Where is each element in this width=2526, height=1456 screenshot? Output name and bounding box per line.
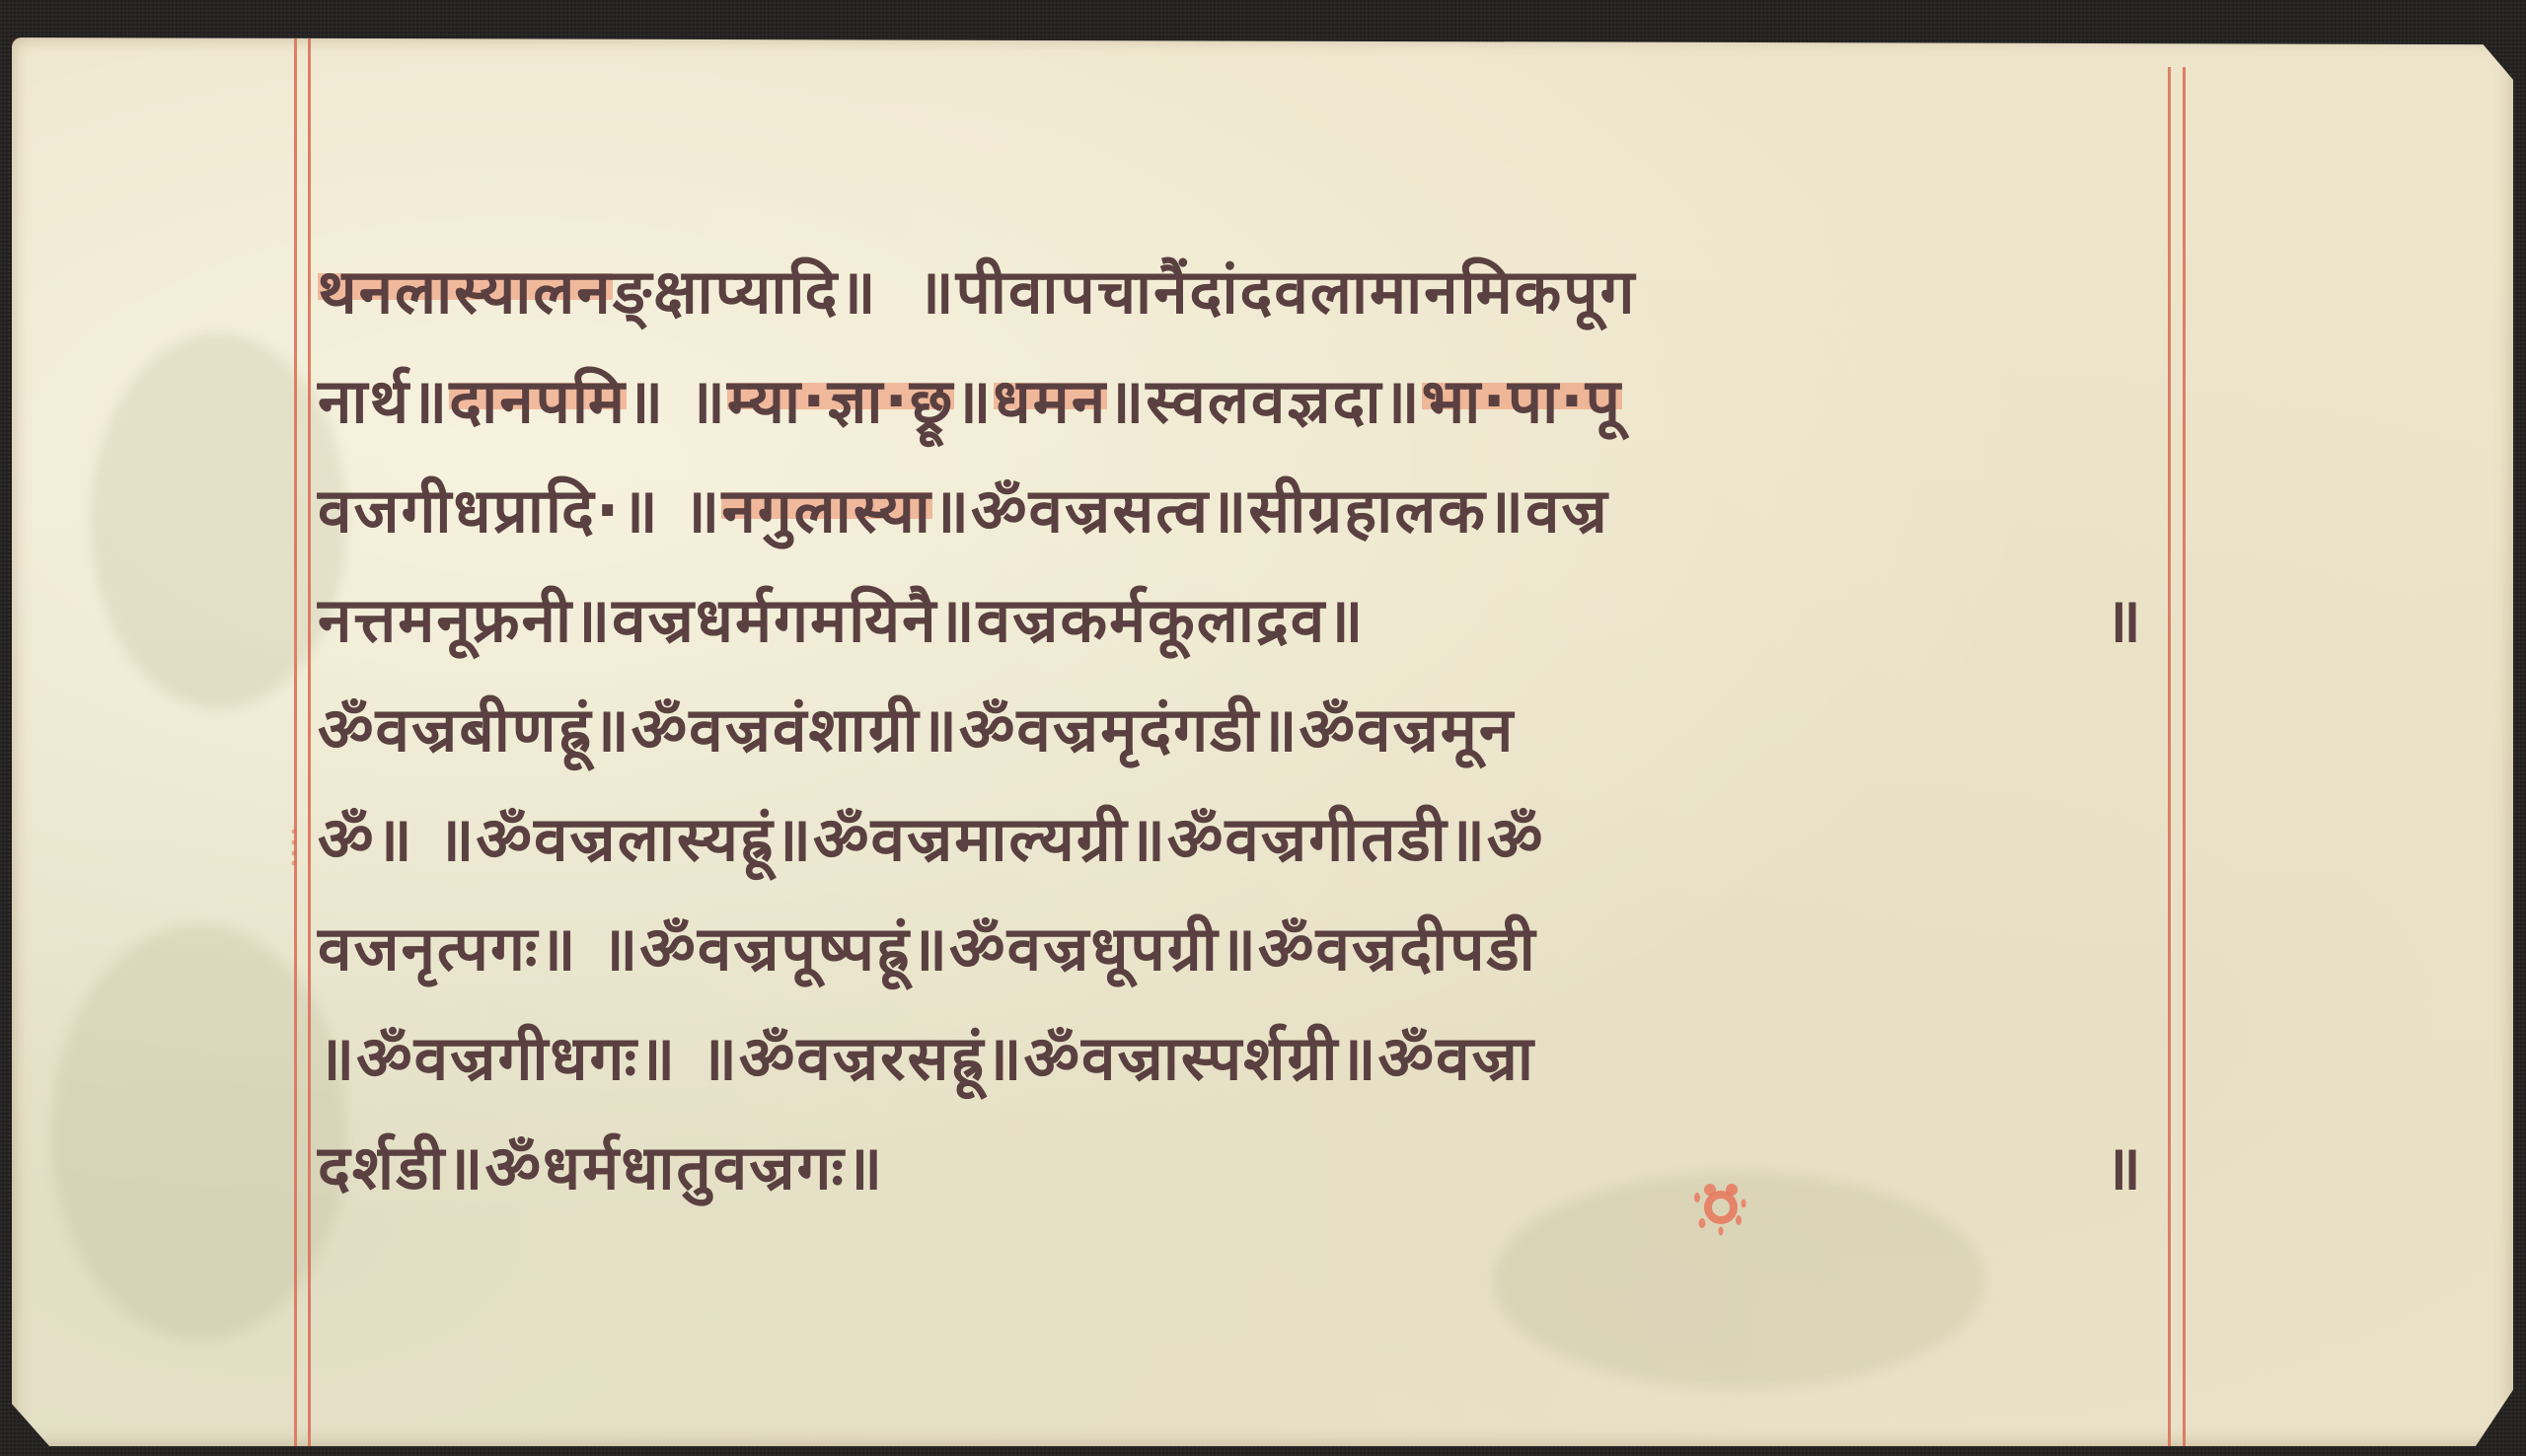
- rubricated-text: थनलास्यालन: [318, 249, 613, 331]
- right-margin-rule-outer: [2183, 67, 2186, 1446]
- paper-stain: [51, 925, 347, 1340]
- margin-dots-icon: [290, 827, 298, 866]
- text-line-9: दर्शडी॥ॐधर्मधातुवज्रगः॥ ॥: [318, 1111, 2173, 1220]
- text-line-2: नार्थ॥ दानपमि ॥ ॥ म्या·ज्ञा·छ्रू ॥ धमन ॥…: [318, 344, 2173, 454]
- text-line-6: ॐ॥ ॥ॐवज्रलास्यह्रूं॥ॐवज्रमाल्यग्री॥ॐवज्र…: [318, 782, 2173, 892]
- rubricated-text: नगुलास्या: [721, 468, 932, 550]
- text-segment: नत्तमनूफ्रनी॥वज्रधर्मगमयिनै॥वज्रकर्मकूला…: [318, 577, 1365, 660]
- text-segment: दर्शडी॥ॐधर्मधातुवज्रगः॥: [318, 1125, 884, 1207]
- rubricated-text: भा·पा·पू: [1422, 358, 1622, 441]
- text-line-8: ॥ॐवज्रगीधगः॥ ॥ॐवज्ररसह्रूं॥ॐवज्रास्पर्शग…: [318, 1001, 2173, 1111]
- text-segment: ॐ॥ ॥ॐवज्रलास्यह्रूं॥ॐवज्रमाल्यग्री॥ॐवज्र…: [318, 796, 1544, 879]
- manuscript-text: थनलास्यालन ङ्क्षाप्यादि॥ ॥पीवापचानैंदांद…: [318, 235, 2173, 1220]
- text-line-4: नत्तमनूफ्रनी॥वज्रधर्मगमयिनै॥वज्रकर्मकूला…: [318, 563, 2173, 673]
- text-segment: ॥ॐवज्रगीधगः॥ ॥ॐवज्ररसह्रूं॥ॐवज्रास्पर्शग…: [318, 1015, 1535, 1098]
- floral-ornament-icon: [1689, 1174, 1752, 1237]
- text-segment: वजनृत्पगः॥ ॥ॐवज्रपूष्पह्रूं॥ॐवज्रधूपग्री…: [318, 906, 1537, 988]
- text-line-1: थनलास्यालन ङ्क्षाप्यादि॥ ॥पीवापचानैंदांद…: [318, 235, 2173, 344]
- text-segment: ॐवज्रबीणह्रूं॥ॐवज्रवंशाग्री॥ॐवज्रमृदंगडी…: [318, 687, 1515, 769]
- text-segment: नार्थ॥: [318, 358, 449, 441]
- text-segment: ॥पीवापचानैंदांदवलामानमिकपूग: [918, 249, 1637, 331]
- rubricated-text: धमन: [994, 358, 1108, 441]
- text-segment: ॥: [954, 358, 993, 441]
- rubricated-text: दानपमि: [449, 358, 627, 441]
- text-segment: ङ्क्षाप्यादि॥: [613, 249, 878, 331]
- rubricated-text: म्या·ज्ञा·छ्रू: [727, 358, 955, 441]
- left-margin-rule-outer: [294, 37, 297, 1446]
- double-danda: ॥: [2105, 577, 2143, 660]
- text-segment: ॥स्वलवज्ञ्रदा॥: [1107, 358, 1422, 441]
- text-line-7: वजनृत्पगः॥ ॥ॐवज्रपूष्पह्रूं॥ॐवज्रधूपग्री…: [318, 892, 2173, 1001]
- text-segment: वजगीधप्रादि·॥ ॥: [318, 468, 721, 550]
- text-segment: ॥ ॥: [627, 358, 727, 441]
- text-segment: ॥ॐवज्रसत्व॥सीग्रहालक॥वज्र: [932, 468, 1609, 550]
- double-danda: ॥: [2105, 1125, 2143, 1207]
- text-line-5: ॐवज्रबीणह्रूं॥ॐवज्रवंशाग्री॥ॐवज्रमृदंगडी…: [318, 673, 2173, 782]
- left-margin-rule-inner: [308, 37, 311, 1446]
- text-line-3: वजगीधप्रादि·॥ ॥ नगुलास्या ॥ॐवज्रसत्व॥सीग…: [318, 454, 2173, 563]
